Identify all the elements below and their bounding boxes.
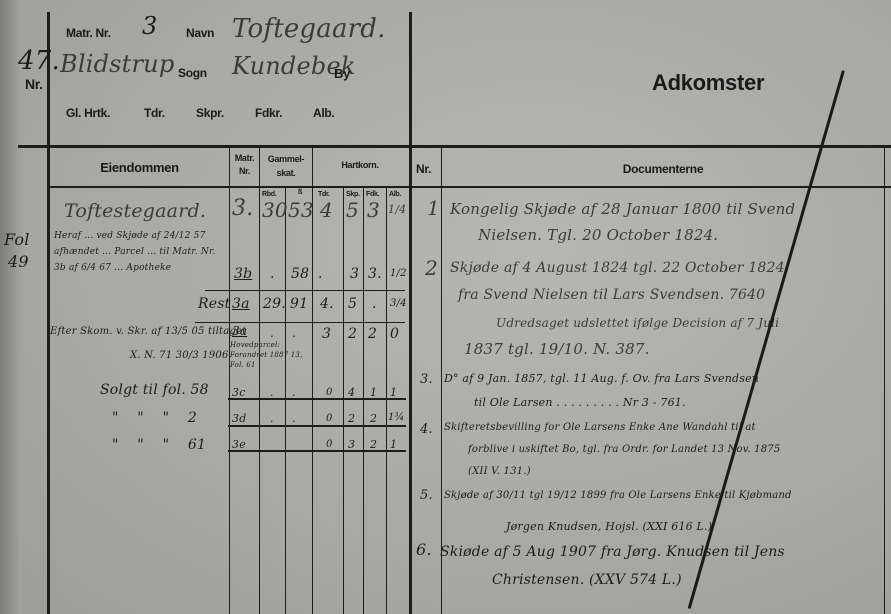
row-matr-note: Hovedparcel: Forandret 1887 13, Fol. 61 [230, 340, 312, 370]
strike-row-3c [228, 398, 406, 400]
row-matr: 3a [232, 324, 247, 338]
row-desc: " " " 61 [112, 437, 206, 453]
row-skp: 5 [348, 296, 357, 312]
row-fdk: 2 [370, 412, 377, 425]
matr-nr-value: 3 [142, 12, 157, 40]
row-fdk: 3. [368, 266, 382, 282]
margin-note-page: 49 [8, 252, 29, 271]
row-matr: 3. [232, 196, 253, 221]
strike-row-3e [228, 450, 406, 452]
ledger-page: 47. Nr. Matr. Nr. 3 Navn Toftegaard. Bli… [0, 0, 891, 614]
row-skp: 4 [348, 386, 355, 399]
alb-label: Alb. [313, 106, 334, 120]
row-matr: 3b [234, 266, 252, 282]
row-matr: 3d [232, 412, 246, 425]
row-line-2 [195, 322, 405, 323]
row-tdr: 4. [320, 296, 334, 312]
row-line-1 [205, 290, 405, 291]
entry-line: Udredsaget udslettet ifølge Decision af … [496, 316, 779, 330]
header-gammelskat: Gammel-skat. [262, 152, 310, 180]
row-alb: 1 [390, 438, 397, 451]
fdkr-label: Fdkr. [255, 106, 282, 120]
row-desc-2: X. N. 71 30/3 1906 [130, 350, 229, 361]
herred-value: Blidstrup [60, 50, 174, 78]
subheader-alb: Alb. [389, 191, 401, 198]
column-header-bottom-line [47, 186, 891, 188]
navn-label: Navn [186, 26, 214, 40]
row-rbd: . [270, 386, 274, 399]
strike-row-3d [228, 425, 406, 427]
row-alb: 3/4 [390, 298, 407, 309]
row-skp: 2 [348, 412, 355, 425]
row-desc: Toftestegaard. [64, 200, 206, 222]
col-line-fdk [363, 188, 364, 614]
col-line-alb [386, 188, 387, 614]
row-number-label: Nr. [25, 76, 43, 92]
row-alb: 1 [390, 386, 397, 399]
entry-nr: 4. [420, 422, 433, 437]
col-line-matr [229, 147, 230, 614]
row-fdk: 1 [370, 386, 377, 399]
row-skp: 2 [348, 326, 357, 342]
header-matr-nr: Matr. Nr. [230, 152, 259, 178]
row-rbd: 30 [262, 198, 288, 222]
navn-value: Toftegaard. [232, 14, 386, 44]
row-sk: . [292, 326, 296, 340]
entry-nr: 2 [425, 256, 438, 280]
row-tdr: . [318, 266, 323, 282]
col-line-right [884, 148, 885, 614]
row-alb: 1/4 [388, 203, 406, 216]
subheader-fdk: Fdk. [366, 191, 379, 198]
row-skp: 3 [348, 438, 355, 451]
sogn-label: Sogn [178, 66, 207, 80]
header-eiendommen: Eiendommen [50, 160, 229, 175]
row-sk: . [292, 412, 296, 425]
row-rbd: . [270, 326, 274, 340]
row-desc: Efter Skom. v. Skr. af 13/5 05 tiltaget [50, 326, 246, 337]
row-tdr: 4 [320, 198, 333, 222]
row-tdr: 3 [322, 326, 331, 342]
by-label: By [334, 66, 350, 81]
row-fdk: 3 [367, 198, 380, 222]
entry-line: Skiøde af 5 Aug 1907 fra Jørg. Knudsen t… [440, 544, 785, 560]
adkomster-title: Adkomster [652, 70, 764, 96]
row-alb: 0 [390, 326, 399, 342]
entry-line: Skjøde af 30/11 tgl 19/12 1899 fra Ole L… [444, 490, 792, 501]
row-matr: 3e [232, 438, 246, 451]
entry-line: Skjøde af 4 August 1824 tgl. 22 October … [450, 260, 785, 276]
subheader-sk: ß [298, 189, 302, 196]
row-sk: . [292, 386, 296, 399]
row-matr: 3a [232, 296, 250, 312]
left-border-line [47, 12, 50, 614]
row-tdr: 0 [326, 387, 333, 398]
row-skp: 3 [350, 266, 359, 282]
row-rbd: . [270, 266, 275, 282]
subheader-skp: Skp. [346, 191, 360, 198]
col-line-gammel [259, 147, 260, 614]
row-rbd: . [270, 412, 274, 425]
row-tdr: 0 [326, 439, 333, 450]
row-desc: Heraf ... ved Skjøde af 24/12 57 afhænde… [54, 228, 226, 276]
col-line-skp [343, 188, 344, 614]
entry-line: Nielsen. Tgl. 20 October 1824. [478, 226, 718, 244]
entry-line: fra Svend Nielsen til Lars Svendsen. 764… [458, 287, 765, 303]
page-edge-shadow [0, 0, 22, 614]
matr-nr-label: Matr. Nr. [66, 26, 111, 40]
entry-line: Christensen. (XXV 574 L.) [492, 572, 682, 588]
row-sk: 58 [291, 266, 309, 282]
row-desc: Solgt til fol. 58 [100, 382, 209, 398]
margin-note-fol: Fol [4, 230, 30, 249]
row-fdk: 2 [370, 438, 377, 451]
header-hartkorn: Hartkorn. [313, 160, 407, 170]
entry-line: 1837 tgl. 19/10. N. 387. [464, 340, 650, 358]
row-fdk: . [372, 296, 377, 312]
row-tdr: 0 [326, 413, 333, 424]
row-sk: 91 [290, 296, 308, 312]
row-matr: 3c [232, 386, 246, 399]
row-desc: Rest [198, 296, 230, 312]
row-skp: 5 [346, 198, 359, 222]
entry-line: Kongelig Skjøde af 28 Januar 1800 til Sv… [450, 200, 795, 218]
row-alb: 1/2 [390, 268, 407, 279]
tdr-label: Tdr. [144, 106, 165, 120]
row-number: 47. [18, 46, 60, 76]
entry-line: D° af 9 Jan. 1857, tgl. 11 Aug. f. Ov. f… [444, 372, 759, 385]
entry-line: (XII V. 131.) [468, 466, 531, 477]
row-alb: 1¾ [388, 412, 404, 423]
gl-hrtk-label: Gl. Hrtk. [66, 106, 110, 120]
diagonal-strike-line [688, 70, 845, 609]
row-sk: 53 [288, 198, 314, 222]
entry-nr: 3. [420, 372, 433, 387]
entry-nr: 6. [416, 540, 432, 559]
row-rbd: 29. [263, 296, 286, 312]
subheader-rbd: Rbd. [262, 191, 276, 198]
col-line-sk [285, 188, 286, 614]
entry-line: Skifteretsbevilling for Ole Larsens Enke… [444, 422, 756, 433]
center-divider-line [409, 12, 412, 614]
subheader-tdr: Tdr. [318, 191, 330, 198]
skpr-label: Skpr. [196, 106, 224, 120]
entry-nr: 1 [427, 196, 440, 220]
row-fdk: 2 [368, 326, 377, 342]
entry-line: Jørgen Knudsen, Hojsl. (XXI 616 L.) [506, 520, 712, 533]
entry-nr: 5. [420, 488, 433, 503]
row-desc: " " " 2 [112, 410, 197, 426]
header-nr: Nr. [416, 162, 431, 176]
entry-line: til Ole Larsen . . . . . . . . . Nr 3 - … [474, 396, 686, 409]
header-bottom-line [18, 145, 891, 148]
